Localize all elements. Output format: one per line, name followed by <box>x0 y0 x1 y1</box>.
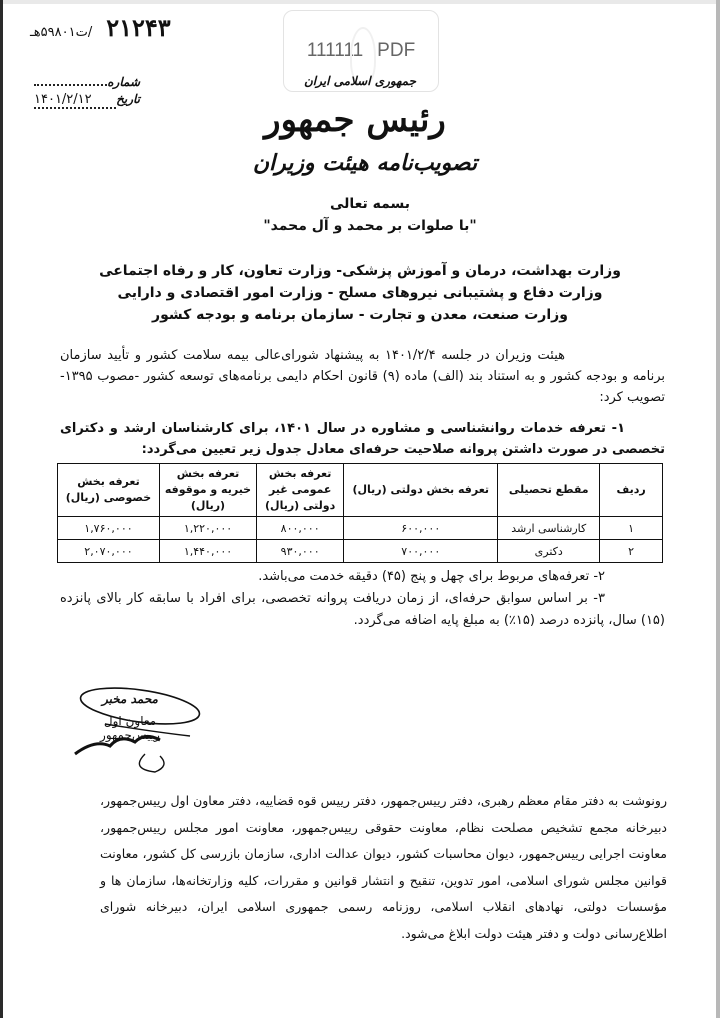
items-2-3: ۲- تعرفه‌های مربوط برای چهل و پنج (۴۵) د… <box>60 566 665 632</box>
signature-block: محمد مخبر معاون اول رییس‌جمهور <box>85 692 175 742</box>
cell-charity-tariff: ۱,۴۴۰,۰۰۰ <box>159 540 256 563</box>
header-government-tariff: تعرفه بخش دولتی (ریال) <box>344 464 498 517</box>
salavat-line: "با صلوات بر محمد و آل محمد" <box>10 218 720 234</box>
cabinet-decree-heading: تصویب‌نامه هیئت وزیران <box>5 150 720 176</box>
item-3-text: ۳- بر اساس سوابق حرفه‌ای، از زمان دریافت… <box>60 588 665 632</box>
president-heading: رئیس جمهور <box>0 100 715 140</box>
carbon-copy-paragraph: رونوشت به دفتر مقام معظم رهبری، دفتر ریی… <box>100 788 667 947</box>
cell-public-nongov-tariff: ۹۳۰,۰۰۰ <box>257 540 344 563</box>
header-row-number: ردیف <box>600 464 663 517</box>
item-2-text: ۲- تعرفه‌های مربوط برای چهل و پنج (۴۵) د… <box>60 566 665 588</box>
pdf-badge-number: 111111 <box>307 40 363 62</box>
preamble-text: هیئت وزیران در جلسه ۱۴۰۱/۲/۴ به پیشنهاد … <box>60 345 665 408</box>
header-private-tariff: تعرفه بخش خصوصی (ریال) <box>58 464 160 517</box>
cell-row-number: ۱ <box>600 517 663 540</box>
addressee-line: وزارت صنعت، معدن و تجارت - سازمان برنامه… <box>0 304 720 326</box>
table-row: ۱ کارشناسی ارشد ۶۰۰,۰۰۰ ۸۰۰,۰۰۰ ۱,۲۲۰,۰۰… <box>58 517 663 540</box>
cell-charity-tariff: ۱,۲۲۰,۰۰۰ <box>159 517 256 540</box>
page-top-edge <box>0 0 720 4</box>
addressee-line: وزارت بهداشت، درمان و آموزش پزشکی- وزارت… <box>0 260 720 282</box>
cell-public-nongov-tariff: ۸۰۰,۰۰۰ <box>257 517 344 540</box>
pdf-badge-label: PDF <box>377 40 415 62</box>
addressee-line: وزارت دفاع و پشتیبانی نیروهای مسلح - وزا… <box>0 282 720 304</box>
table-row: ۲ دکتری ۷۰۰,۰۰۰ ۹۳۰,۰۰۰ ۱,۴۴۰,۰۰۰ ۲,۰۷۰,… <box>58 540 663 563</box>
addressee-list: وزارت بهداشت، درمان و آموزش پزشکی- وزارت… <box>0 260 720 326</box>
reference-line: ۲۱۲۴۳ /ت۵۹۸۰۱هـ <box>30 14 171 43</box>
header-degree: مقطع تحصیلی <box>498 464 600 517</box>
header-charity-tariff: تعرفه بخش خیریه و موقوفه (ریال) <box>159 464 256 517</box>
cell-degree: کارشناسی ارشد <box>498 517 600 540</box>
reference-number: ۲۱۲۴۳ <box>106 14 170 43</box>
page-left-border <box>0 0 3 1018</box>
cell-degree: دکتری <box>498 540 600 563</box>
item-1-paragraph: ۱- تعرفه خدمات روانشناسی و مشاوره در سال… <box>60 418 665 460</box>
republic-heading: جمهوری اسلامی ایران <box>0 74 720 88</box>
besmeh-line: بسمه تعالی <box>10 196 720 212</box>
tariff-table: ردیف مقطع تحصیلی تعرفه بخش دولتی (ریال) … <box>57 463 663 563</box>
carbon-copy-text: رونوشت به دفتر مقام معظم رهبری، دفتر ریی… <box>100 788 667 947</box>
cell-private-tariff: ۲,۰۷۰,۰۰۰ <box>58 540 160 563</box>
reference-code: /ت۵۹۸۰۱هـ <box>30 25 92 40</box>
cell-private-tariff: ۱,۷۶۰,۰۰۰ <box>58 517 160 540</box>
signatory-title: معاون اول رییس‌جمهور <box>85 714 175 742</box>
cell-government-tariff: ۷۰۰,۰۰۰ <box>344 540 498 563</box>
preamble-paragraph: هیئت وزیران در جلسه ۱۴۰۱/۲/۴ به پیشنهاد … <box>60 345 665 408</box>
item-1-text: ۱- تعرفه خدمات روانشناسی و مشاوره در سال… <box>60 418 665 460</box>
cell-row-number: ۲ <box>600 540 663 563</box>
table-header-row: ردیف مقطع تحصیلی تعرفه بخش دولتی (ریال) … <box>58 464 663 517</box>
signatory-name: محمد مخبر <box>85 692 175 706</box>
header-public-nongov-tariff: تعرفه بخش عمومی غیر دولتی (ریال) <box>257 464 344 517</box>
cell-government-tariff: ۶۰۰,۰۰۰ <box>344 517 498 540</box>
